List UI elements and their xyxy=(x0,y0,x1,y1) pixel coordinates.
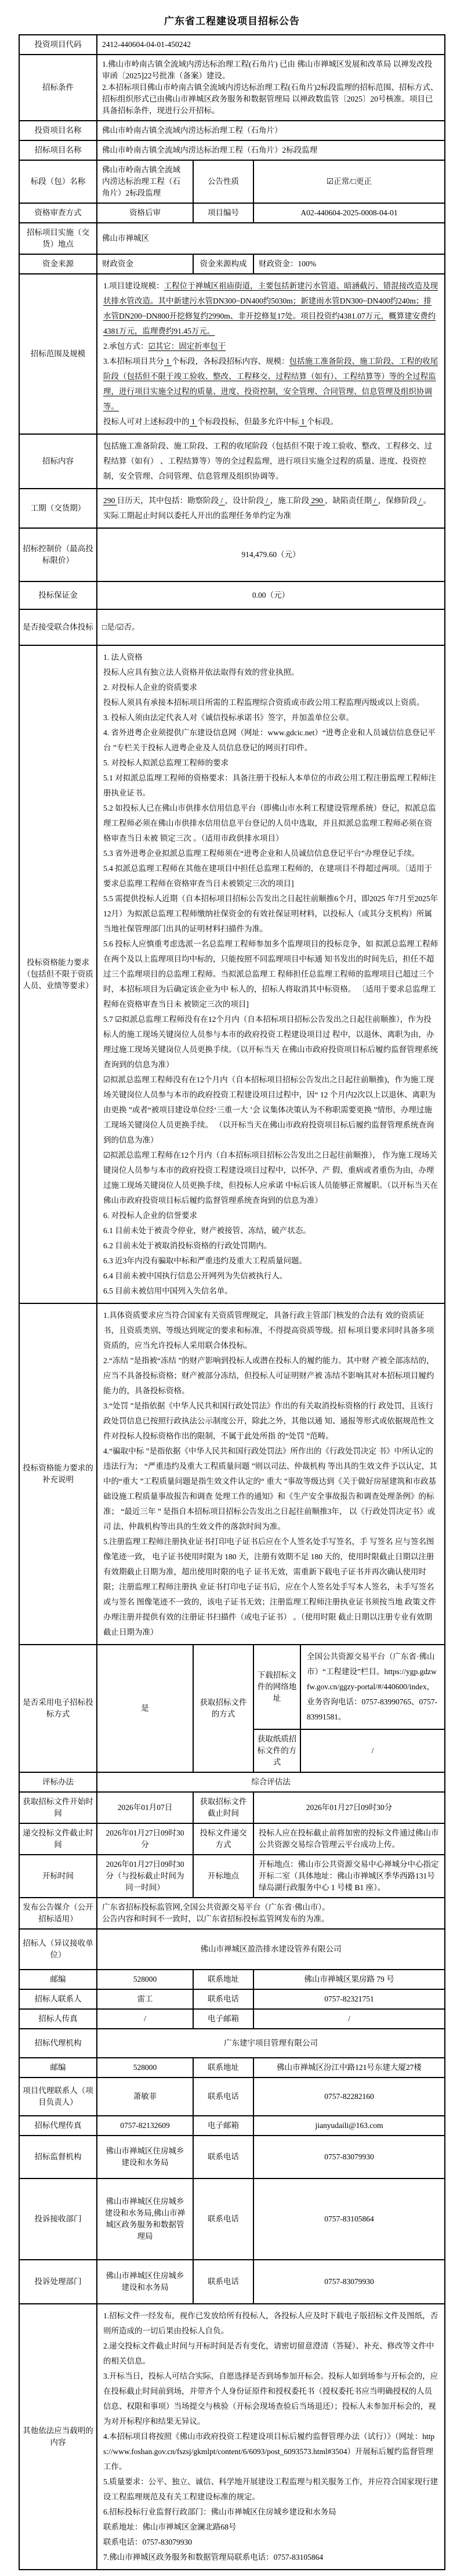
funding-label: 资金来源 xyxy=(19,254,97,274)
postcode-1-value: 528000 xyxy=(97,1970,193,1989)
scope-value: 1.项目建设规模：工程位于禅城区祖庙街道，主要包括新建污水管道、暗涵截污、错混接… xyxy=(97,274,445,434)
table-row-qualification-review: 资格审查方式 资格后审 项目编号 A02-440604-2025-0008-04… xyxy=(19,203,445,223)
table-row-agency-fax: 招标代理传真 0757-82132609 电子邮箱 jianyudaili@16… xyxy=(19,2116,445,2136)
location-value: 佛山市禅城区 xyxy=(97,223,445,254)
address-2-label: 联系地址 xyxy=(193,2058,253,2078)
agency-contact-value: 萧敏菲 xyxy=(97,2078,193,2116)
table-row-tenderer: 招标人（异议接收单位） 佛山市禅城区盈浩排水建设管养有限公司 xyxy=(19,1929,445,1970)
opening-time-value: 2026年01月27日09时30分（与投标截止时间为同一时间） xyxy=(97,1855,193,1898)
postcode-2-label: 邮编 xyxy=(19,2058,97,2078)
complaint-recv-phone-label: 联系电话 xyxy=(193,2178,253,2260)
section-name-label: 标段（包）名称 xyxy=(19,160,97,203)
complaint-recv-value: 佛山市禅城区住房城乡建设和水务局,佛山市禅城区政务服务和数据管理局 xyxy=(97,2178,193,2260)
content-label: 招标内容 xyxy=(19,434,97,489)
tenderer-phone-label: 联系电话 xyxy=(193,1989,253,2009)
notice-nature-label: 公告性质 xyxy=(193,160,253,203)
agency-contact-label: 项目代理联系人（项目负责人） xyxy=(19,2078,97,2116)
table-row-project-code: 投资项目代码 2412-440604-04-01-450242 xyxy=(19,35,445,55)
bid-bond-value: 0.00（元） xyxy=(97,581,445,609)
scope-paragraph-2: 2.承包方式：☑其它：固定折率包干 xyxy=(103,339,438,354)
doc-method-label: 获取招标文件的方式 xyxy=(193,1645,253,1772)
table-row-doc-time: 获取招标文件开始时间 2026年01月07日 获取招标文件截止时间 2026年0… xyxy=(19,1792,445,1823)
table-row-postcode-2: 邮编 528000 联系地址 佛山市禅城区汾江中路121号东建大厦27楼 xyxy=(19,2058,445,2078)
location-label: 招标项目实施（交货）地点 xyxy=(19,223,97,254)
table-row-opening: 开标时间 2026年01月27日09时30分（与投标截止时间为同一时间） 开标地… xyxy=(19,1855,445,1898)
complaint-handle-label: 投诉处理部门 xyxy=(19,2260,97,2304)
section-name-value: 佛山市岭南古镇全流域内涝达标治理工程（石角片）2标段监理 xyxy=(97,160,193,203)
address-2-value: 佛山市禅城区汾江中路121号东建大厦27楼 xyxy=(253,2058,445,2078)
tenderer-email-label: 电子邮箱 xyxy=(193,2009,253,2029)
other-label: 其他依法应当载明的内容 xyxy=(19,2304,97,2570)
supervisor-phone-label: 联系电话 xyxy=(193,2136,253,2178)
table-row-qualification-notes: 投标资格能力要求的补充说明 1.具体资质要求应当符合国家有关资质管理规定，具备行… xyxy=(19,1303,445,1645)
table-row-media: 发布公告媒介（公开招标适用） 广东省招标投标监管网,全国公共资源交易平台（广东省… xyxy=(19,1898,445,1929)
opening-time-label: 开标时间 xyxy=(19,1855,97,1898)
other-value: 1.招标文件一经发布，视作已发放给所有投标人，各投标人应及时下载电子版招标文件及… xyxy=(97,2304,445,2570)
table-row-qualification: 投标资格能力要求（包括但不限于资质人员、业绩等要求） 1. 法人资格投标人应具有… xyxy=(19,645,445,1303)
table-row-tenderer-contact: 招标人联系人 雷工 联系电话 0757-82321751 xyxy=(19,1989,445,2009)
table-row-section-name: 标段（包）名称 佛山市岭南古镇全流域内涝达标治理工程（石角片）2标段监理 公告性… xyxy=(19,160,445,203)
qualification-notes-value: 1.具体资质要求应当符合国家有关资质管理规定，具备行政主管部门核发的合法有 效的… xyxy=(97,1303,445,1645)
complaint-handle-phone-label: 联系电话 xyxy=(193,2260,253,2304)
table-row-invest-name: 投资项目名称 佛山市岭南古镇全流域内涝达标治理工程（石角片） xyxy=(19,121,445,140)
project-number-value: A02-440604-2025-0008-04-01 xyxy=(253,203,445,223)
funding-composition-value: 财政资金：100% xyxy=(253,254,445,274)
download-address-value: 全国公共资源交易平台（广东省·佛山市）“工程建设”栏目。https://ygp.… xyxy=(300,1645,445,1729)
opening-place-value: 开标地点：佛山市公共资源交易中心禅城分中心指定开标二室（具体地址：佛山市禅城区季… xyxy=(253,1855,445,1898)
address-1-label: 联系地址 xyxy=(193,1970,253,1989)
table-row-supervisor: 招标监督机构 佛山市禅城区住房城乡建设和水务局 联系电话 0757-830799… xyxy=(19,2136,445,2178)
tender-name-value: 佛山市岭南古镇全流域内涝达标治理工程（石角片）2标段监理 xyxy=(97,140,445,160)
announcement-table: 投资项目代码 2412-440604-04-01-450242 招标条件 1.佛… xyxy=(19,34,445,2570)
table-row-postcode-1: 邮编 528000 联系地址 佛山市禅城区果房路 79 号 xyxy=(19,1970,445,1989)
funding-value: 财政资金 xyxy=(97,254,193,274)
qualification-value: 1. 法人资格投标人应具有独立法人资格并依法取得有效的营业执照。2. 对投标人企… xyxy=(97,645,445,1303)
scope-label: 招标范围及规模 xyxy=(19,274,97,434)
content-value: 包括施工准备阶段、施工阶段、工程的收尾阶段（包括但不限于竣工验收、整改、工程移交… xyxy=(97,434,445,489)
postcode-2-value: 528000 xyxy=(97,2058,193,2078)
table-row-consortium: 是否接受联合体投标 □是/☑否。 xyxy=(19,609,445,645)
duration-label: 工期（交货期） xyxy=(19,489,97,528)
supervisor-value: 佛山市禅城区住房城乡建设和水务局 xyxy=(97,2136,193,2178)
scope-paragraph-3: 3.本招标项目共分 1 个标段，各标段招标内容、规模：包括施工准备阶段、施工阶段… xyxy=(103,354,438,414)
table-row-bid-conditions: 招标条件 1.佛山市岭南古镇全流域内涝达标治理工程(石角片) 已由 佛山市禅城区… xyxy=(19,55,445,121)
complaint-recv-phone-value: 0757-83105864 xyxy=(253,2178,445,2260)
tenderer-email-value: / xyxy=(253,2009,445,2029)
table-row-scope: 招标范围及规模 1.项目建设规模：工程位于禅城区祖庙街道，主要包括新建污水管道、… xyxy=(19,274,445,434)
notice-nature-value: ☑正常/□更正 xyxy=(253,160,445,203)
table-row-duration: 工期（交货期） 290 日历天，其中包括：勘察阶段 / ，设计阶段 / ，施工阶… xyxy=(19,489,445,528)
invest-name-value: 佛山市岭南古镇全流域内涝达标治理工程（石角片） xyxy=(97,121,445,140)
tenderer-label: 招标人（异议接收单位） xyxy=(19,1929,97,1970)
tenderer-fax-label: 招标人传真 xyxy=(19,2009,97,2029)
table-row-tender-name: 招标项目名称 佛山市岭南古镇全流域内涝达标治理工程（石角片）2标段监理 xyxy=(19,140,445,160)
media-label: 发布公告媒介（公开招标适用） xyxy=(19,1898,97,1929)
scope-paragraph-4: 投标人可对上述标段中的 1 个标段投标，但最多允许中标 1 个标段。 xyxy=(103,414,438,429)
evaluation-label: 评标办法 xyxy=(19,1772,97,1792)
funding-composition-label: 资金来源构成 xyxy=(193,254,253,274)
tenderer-phone-value: 0757-82321751 xyxy=(253,1989,445,2009)
agency-fax-value: 0757-82132609 xyxy=(97,2116,193,2136)
supervisor-phone-value: 0757-83079930 xyxy=(253,2136,445,2178)
table-row-bid-bond: 投标保证金 0.00（元） xyxy=(19,581,445,609)
doc-start-label: 获取招标文件开始时间 xyxy=(19,1792,97,1823)
table-row-evaluation: 评标办法 综合评估法 xyxy=(19,1772,445,1792)
submit-deadline-value: 2026年01月27日09时30分 xyxy=(97,1823,193,1855)
doc-end-value: 2026年01月27日09时30分 xyxy=(253,1792,445,1823)
agency-email-value: jianyudaili@163.com xyxy=(253,2116,445,2136)
doc-end-label: 获取招标文件截止时间 xyxy=(193,1792,253,1823)
table-row-funding: 资金来源 财政资金 资金来源构成 财政资金：100% xyxy=(19,254,445,274)
project-code-value: 2412-440604-04-01-450242 xyxy=(97,35,445,55)
complaint-handle-value: 佛山市禅城区住房城乡建设和水务局 xyxy=(97,2260,193,2304)
media-value: 广东省招标投标监管网,全国公共资源交易平台（广东省·佛山市）。公告内容和时间不一… xyxy=(97,1898,445,1929)
submit-method-value: 投标人应在投标截止前将加密的投标文件通过佛山市公共资源交易综合管理云平台成功上传… xyxy=(253,1823,445,1855)
table-row-agency: 招标代理机构 广东建宇项目管理有限公司 xyxy=(19,2029,445,2058)
table-row-content: 招标内容 包括施工准备阶段、施工阶段、工程的收尾阶段（包括但不限于竣工验收、整改… xyxy=(19,434,445,489)
tender-name-label: 招标项目名称 xyxy=(19,140,97,160)
table-row-agency-contact: 项目代理联系人（项目负责人） 萧敏菲 联系电话 0757-82282160 xyxy=(19,2078,445,2116)
paper-doc-value: / xyxy=(300,1729,445,1772)
address-1-value: 佛山市禅城区果房路 79 号 xyxy=(253,1970,445,1989)
control-price-label: 招标控制价（最高投标限价） xyxy=(19,528,97,581)
agency-phone-value: 0757-82282160 xyxy=(253,2078,445,2116)
table-row-complaint-recv: 投诉接收部门 佛山市禅城区住房城乡建设和水务局,佛山市禅城区政务服务和数据管理局… xyxy=(19,2178,445,2260)
agency-label: 招标代理机构 xyxy=(19,2029,97,2058)
postcode-1-label: 邮编 xyxy=(19,1970,97,1989)
submit-method-label: 投标文件递交方式 xyxy=(193,1823,253,1855)
agency-phone-label: 联系电话 xyxy=(193,2078,253,2116)
table-row-tenderer-fax: 招标人传真 / 电子邮箱 / xyxy=(19,2009,445,2029)
table-row-other: 其他依法应当载明的内容 1.招标文件一经发布，视作已发放给所有投标人，各投标人应… xyxy=(19,2304,445,2570)
table-row-submit: 递交投标文件截止时间 2026年01月27日09时30分 投标文件递交方式 投标… xyxy=(19,1823,445,1855)
paper-doc-label: 获取纸质招标文件的方式 xyxy=(253,1729,300,1772)
qualification-review-value: 资格后审 xyxy=(97,203,193,223)
download-address-label: 下载招标文件的网络地址 xyxy=(253,1645,300,1729)
bid-bond-label: 投标保证金 xyxy=(19,581,97,609)
qualification-review-label: 资格审查方式 xyxy=(19,203,97,223)
bid-conditions-label: 招标条件 xyxy=(19,55,97,121)
invest-name-label: 投资项目名称 xyxy=(19,121,97,140)
table-row-control-price: 招标控制价（最高投标限价） 914,479.60（元） xyxy=(19,528,445,581)
table-row-location: 招标项目实施（交货）地点 佛山市禅城区 xyxy=(19,223,445,254)
tender-announcement-page: 广东省工程建设项目招标公告 投资项目代码 2412-440604-04-01-4… xyxy=(0,0,464,2576)
duration-value: 290 日历天，其中包括：勘察阶段 / ，设计阶段 / ，施工阶段 290 ，缺… xyxy=(97,489,445,528)
complaint-recv-label: 投诉接收部门 xyxy=(19,2178,97,2260)
submit-deadline-label: 递交投标文件截止时间 xyxy=(19,1823,97,1855)
tenderer-contact-label: 招标人联系人 xyxy=(19,1989,97,2009)
page-title: 广东省工程建设项目招标公告 xyxy=(0,13,464,27)
tenderer-value: 佛山市禅城区盈浩排水建设管养有限公司 xyxy=(97,1929,445,1970)
agency-value: 广东建宇项目管理有限公司 xyxy=(97,2029,445,2058)
agency-fax-label: 招标代理传真 xyxy=(19,2116,97,2136)
consortium-label: 是否接受联合体投标 xyxy=(19,609,97,645)
table-row-e-bidding: 是否采用电子招标投标方式 是 获取招标文件的方式 下载招标文件的网络地址 全国公… xyxy=(19,1645,445,1729)
table-row-complaint-handle: 投诉处理部门 佛山市禅城区住房城乡建设和水务局 联系电话 0757-830799… xyxy=(19,2260,445,2304)
opening-place-label: 开标地点 xyxy=(193,1855,253,1898)
qualification-notes-label: 投标资格能力要求的补充说明 xyxy=(19,1303,97,1645)
tenderer-contact-value: 雷工 xyxy=(97,1989,193,2009)
e-bidding-value: 是 xyxy=(97,1645,193,1772)
evaluation-value: 综合评估法 xyxy=(97,1772,445,1792)
doc-start-value: 2026年01月07日 xyxy=(97,1792,193,1823)
complaint-handle-phone-value: 0757-83079930 xyxy=(253,2260,445,2304)
project-code-label: 投资项目代码 xyxy=(19,35,97,55)
consortium-value: □是/☑否。 xyxy=(97,609,445,645)
supervisor-label: 招标监督机构 xyxy=(19,2136,97,2178)
scope-paragraph-1: 1.项目建设规模：工程位于禅城区祖庙街道，主要包括新建污水管道、暗涵截污、错混接… xyxy=(103,279,438,339)
tenderer-fax-value: / xyxy=(97,2009,193,2029)
control-price-value: 914,479.60（元） xyxy=(97,528,445,581)
agency-email-label: 电子邮箱 xyxy=(193,2116,253,2136)
e-bidding-label: 是否采用电子招标投标方式 xyxy=(19,1645,97,1772)
qualification-label: 投标资格能力要求（包括但不限于资质人员、业绩等要求） xyxy=(19,645,97,1303)
project-number-label: 项目编号 xyxy=(193,203,253,223)
bid-conditions-value: 1.佛山市岭南古镇全流域内涝达标治理工程(石角片) 已由 佛山市禅城区发展和改革… xyxy=(97,55,445,121)
